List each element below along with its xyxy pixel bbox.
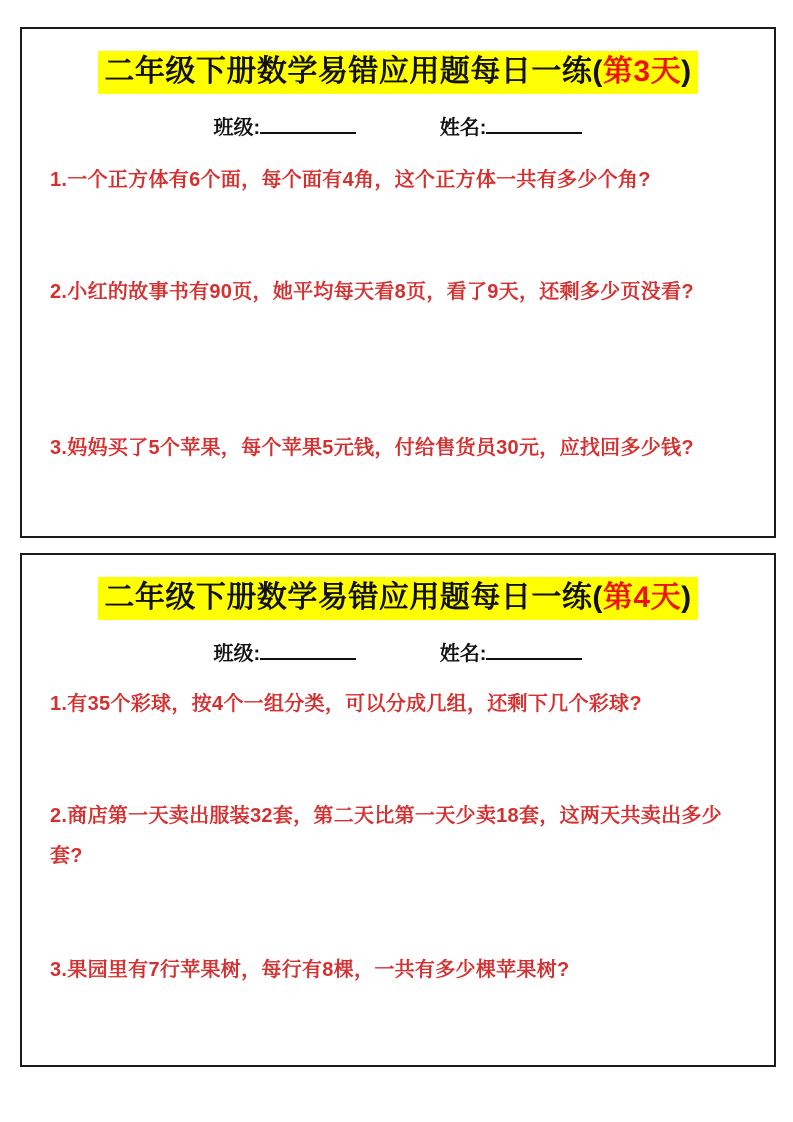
name-blank-line xyxy=(486,114,582,134)
day4-question-2: 2.商店第一天卖出服装32套，第二天比第一天少卖18套，这两天共卖出多少套? xyxy=(22,796,774,876)
day3-question-1: 1.一个正方体有6个面，每个面有4角，这个正方体一共有多少个角? xyxy=(22,160,774,200)
name-blank-line xyxy=(486,640,582,660)
class-field: 班级: xyxy=(214,637,357,666)
class-label: 班级: xyxy=(214,643,261,665)
title-suffix: ) xyxy=(681,581,692,614)
day4-question-3: 3.果园里有7行苹果树，每行有8棵，一共有多少棵苹果树? xyxy=(22,950,774,990)
worksheet-day3-panel: 二年级下册数学易错应用题每日一练(第3天) 班级: 姓名: 1.一个正方体有6个… xyxy=(20,27,776,538)
day4-question-1: 1.有35个彩球，按4个一组分类，可以分成几组，还剩下几个彩球? xyxy=(22,684,774,724)
title-prefix: 二年级下册数学易错应用题每日一练( xyxy=(104,55,603,88)
title-suffix: ) xyxy=(681,55,692,88)
class-field: 班级: xyxy=(214,111,357,140)
worksheet-day4-fields-row: 班级: 姓名: xyxy=(22,637,774,666)
class-label: 班级: xyxy=(214,117,261,139)
name-field: 姓名: xyxy=(440,637,583,666)
day3-question-3: 3.妈妈买了5个苹果，每个苹果5元钱，付给售货员30元，应找回多少钱? xyxy=(22,428,774,468)
title-day-number: 第4天 xyxy=(603,581,681,614)
name-label: 姓名: xyxy=(440,643,487,665)
worksheet-day4-title-row: 二年级下册数学易错应用题每日一练(第4天) xyxy=(22,577,774,623)
title-prefix: 二年级下册数学易错应用题每日一练( xyxy=(104,581,603,614)
name-label: 姓名: xyxy=(440,117,487,139)
class-blank-line xyxy=(260,114,356,134)
worksheet-day3-title-row: 二年级下册数学易错应用题每日一练(第3天) xyxy=(22,51,774,97)
name-field: 姓名: xyxy=(440,111,583,140)
class-blank-line xyxy=(260,640,356,660)
worksheet-day4-title: 二年级下册数学易错应用题每日一练(第4天) xyxy=(98,577,697,620)
worksheet-day4-panel: 二年级下册数学易错应用题每日一练(第4天) 班级: 姓名: 1.有35个彩球，按… xyxy=(20,553,776,1067)
day3-question-2: 2.小红的故事书有90页，她平均每天看8页，看了9天，还剩多少页没看? xyxy=(22,272,774,312)
title-day-number: 第3天 xyxy=(603,55,681,88)
worksheet-page: 二年级下册数学易错应用题每日一练(第3天) 班级: 姓名: 1.一个正方体有6个… xyxy=(0,0,793,1122)
worksheet-day3-title: 二年级下册数学易错应用题每日一练(第3天) xyxy=(98,51,697,94)
worksheet-day3-fields-row: 班级: 姓名: xyxy=(22,111,774,140)
